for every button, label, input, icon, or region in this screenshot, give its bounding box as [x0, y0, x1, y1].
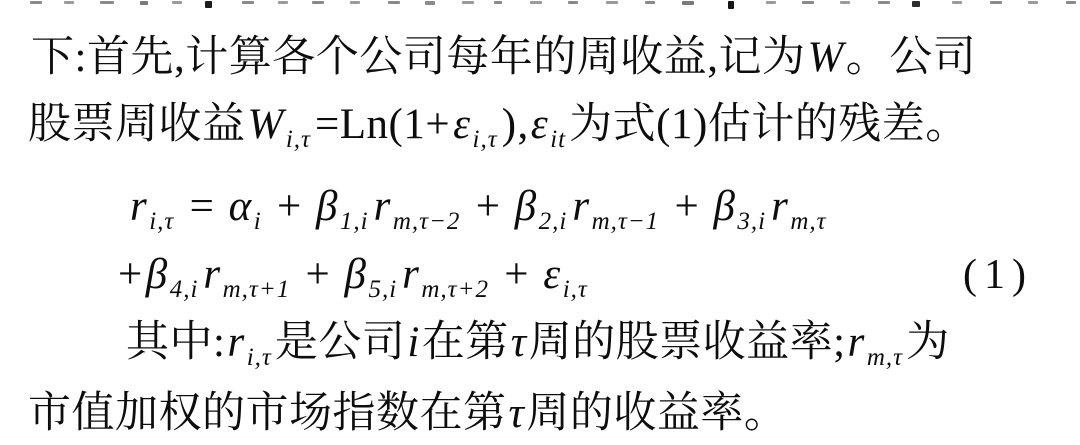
- cropped-character-fragment: [682, 1, 694, 5]
- math-token: α: [229, 183, 252, 230]
- math-subscript: 2,i: [539, 208, 568, 235]
- text-run: ,: [518, 101, 529, 148]
- math-token: +: [294, 251, 341, 298]
- math-subscript: i,τ: [247, 344, 272, 371]
- math-token: r: [203, 251, 220, 298]
- cropped-character-fragment: [568, 1, 578, 4]
- cropped-character-fragment: [990, 1, 1002, 4]
- cropped-character-fragment: [645, 1, 655, 4]
- cropped-character-fragment: [100, 1, 114, 4]
- cropped-character-fragment: [1066, 1, 1076, 4]
- cropped-character-fragment: [530, 1, 542, 4]
- math-token: β: [146, 251, 168, 298]
- math-token: ε: [453, 101, 470, 148]
- cropped-character-fragment: [350, 1, 360, 4]
- math-token: =Ln(1+: [315, 101, 450, 148]
- math-subscript: i,τ: [149, 208, 174, 235]
- text-run: 下:首先,计算各个公司每年的周收益,记为: [31, 34, 805, 81]
- math-token: β: [515, 183, 537, 230]
- text-run: 在第: [422, 319, 509, 366]
- paragraph1-line1: 下:首先,计算各个公司每年的周收益,记为W。公司: [31, 32, 976, 84]
- cropped-character-fragment: [388, 1, 400, 4]
- math-token: +: [464, 183, 511, 230]
- cropped-character-fragment: [462, 1, 474, 4]
- math-subscript: 1,i: [340, 208, 369, 235]
- math-token: W: [248, 101, 284, 148]
- math-subscript: i: [254, 208, 262, 235]
- cropped-character-fragment: [802, 1, 814, 4]
- text-run: 股票周收益: [28, 101, 246, 148]
- math-subscript: m,τ: [790, 208, 826, 235]
- cropped-character-fragment: [205, 1, 212, 8]
- cropped-character-fragment: [30, 1, 42, 4]
- text-run: 其中:: [126, 319, 225, 366]
- math-token: β: [316, 183, 338, 230]
- math-token: r: [130, 183, 147, 230]
- cropped-character-fragment: [242, 1, 254, 4]
- math-token: r: [402, 251, 419, 298]
- text-run: 是公司: [275, 319, 406, 366]
- math-subscript: 4,i: [170, 276, 199, 303]
- cropped-character-fragment: [912, 1, 920, 7]
- cropped-character-fragment: [278, 1, 288, 4]
- math-token: τ: [511, 319, 527, 366]
- math-subscript: m,τ: [867, 344, 903, 371]
- cropped-character-fragment: [64, 1, 74, 4]
- math-token: r: [848, 319, 865, 366]
- text-run: 为式(1)估计的残差。: [569, 101, 969, 148]
- scanned-page: 下:首先,计算各个公司每年的周收益,记为W。公司 股票周收益Wi,τ=Ln(1+…: [0, 0, 1080, 445]
- text-run: 为: [906, 319, 950, 366]
- math-token: W: [807, 34, 843, 81]
- cropped-character-fragment: [766, 1, 776, 4]
- cropped-character-fragment: [172, 1, 182, 4]
- cropped-character-fragment: [494, 1, 502, 4]
- math-token: ε: [543, 251, 560, 298]
- equation-line2: +β4,irm,τ+1 + β5,irm,τ+2 + εi,τ: [117, 249, 591, 316]
- math-subscript: it: [550, 126, 566, 153]
- math-token: r: [572, 183, 589, 230]
- math-token: i: [407, 319, 419, 366]
- math-token: +: [663, 183, 710, 230]
- text-run: 市值加权的市场指数在第: [28, 390, 507, 437]
- math-token: +: [493, 251, 540, 298]
- equation-line1: ri,τ = αi + β1,irm,τ−2 + β2,irm,τ−1 + β3…: [128, 181, 830, 248]
- math-token: r: [227, 319, 244, 366]
- equation-number: (1): [963, 249, 1033, 301]
- math-token: β: [713, 183, 735, 230]
- math-subscript: m,τ+1: [223, 276, 291, 303]
- math-subscript: m,τ+2: [421, 276, 489, 303]
- paragraph2-line2: 市值加权的市场指数在第τ周的收益率。: [28, 388, 787, 440]
- paragraph1-line2: 股票周收益Wi,τ=Ln(1+εi,τ),εit为式(1)估计的残差。: [28, 99, 969, 166]
- cropped-character-fragment: [312, 1, 324, 4]
- math-token: τ: [509, 390, 525, 437]
- math-subscript: m,τ−1: [592, 208, 660, 235]
- math-subscript: 3,i: [737, 208, 766, 235]
- math-token: ): [502, 101, 517, 148]
- math-token: r: [771, 183, 788, 230]
- cropped-character-fragment: [606, 1, 618, 4]
- cropped-character-fragment: [728, 1, 734, 9]
- cropped-character-fragment: [840, 1, 850, 4]
- cropped-character-fragment: [952, 1, 962, 4]
- cropped-character-fragment: [1028, 1, 1038, 4]
- math-token: ε: [531, 101, 548, 148]
- math-subscript: 5,i: [368, 276, 397, 303]
- math-subscript: i,τ: [286, 126, 311, 153]
- paragraph2-line1: 其中:ri,τ是公司i在第τ周的股票收益率;rm,τ为: [126, 317, 950, 384]
- cropped-character-fragment: [140, 1, 148, 5]
- math-token: r: [374, 183, 391, 230]
- math-subscript: m,τ−2: [393, 208, 461, 235]
- math-token: +: [266, 183, 313, 230]
- cropped-character-fragment: [878, 1, 890, 4]
- text-run: 周的收益率。: [526, 390, 787, 437]
- math-subscript: i,τ: [473, 126, 498, 153]
- math-token: +: [118, 251, 143, 298]
- text-run: 周的股票收益率;: [529, 319, 846, 366]
- math-token: β: [345, 251, 367, 298]
- text-run: 。公司: [846, 34, 977, 81]
- math-token: =: [178, 183, 225, 230]
- cropped-character-fragment: [425, 1, 435, 5]
- math-subscript: i,τ: [563, 276, 588, 303]
